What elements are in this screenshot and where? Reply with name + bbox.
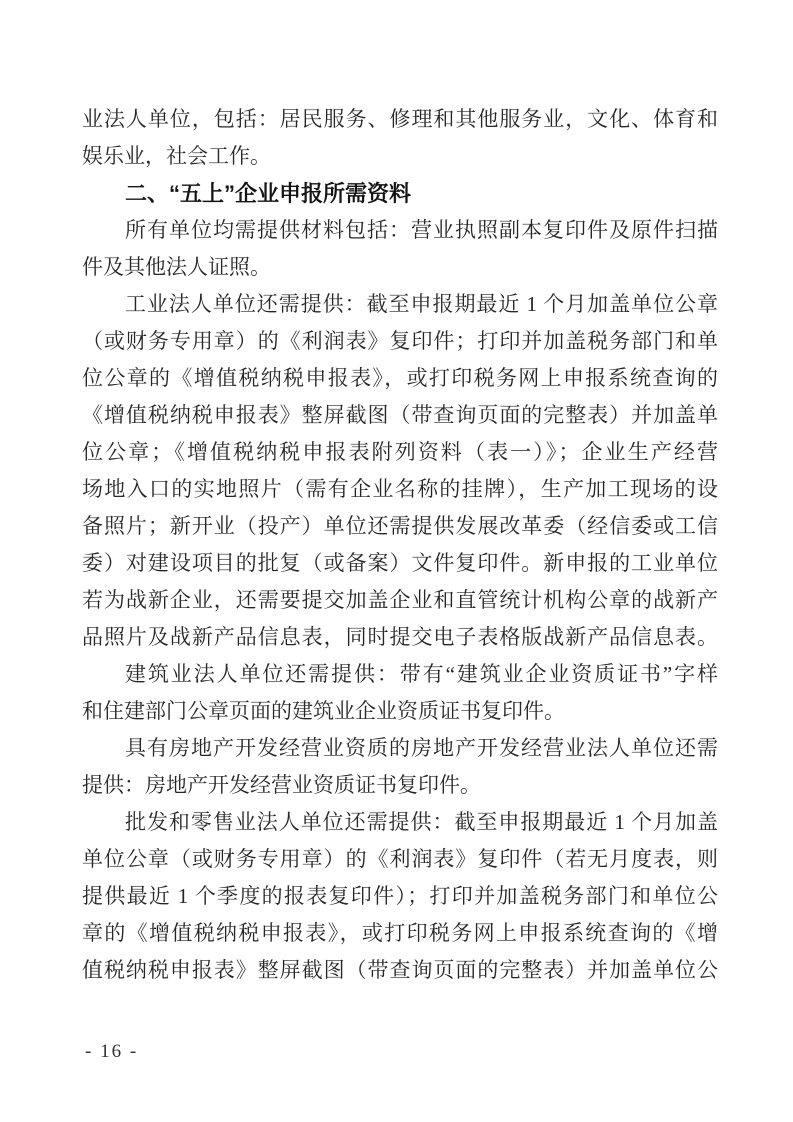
text-line: 单位公章（或财务专用章）的《利润表》复印件（若无月度表，则 [82, 841, 718, 878]
text-line: 值税纳税申报表》整屏截图（带查询页面的完整表）并加盖单位公 [82, 952, 718, 989]
text-line: 提供最近 1 个季度的报表复印件）；打印并加盖税务部门和单位公 [82, 878, 718, 915]
text-line: 位公章的《增值税纳税申报表》，或打印税务网上申报系统查询的 [82, 360, 718, 397]
text-line: 提供：房地产开发经营业资质证书复印件。 [82, 767, 718, 804]
text-line: 批发和零售业法人单位还需提供：截至申报期最近 1 个月加盖 [82, 804, 718, 841]
document-text-block: 业法人单位，包括：居民服务、修理和其他服务业，文化、体育和娱乐业，社会工作。二、… [82, 101, 718, 989]
document-page: 业法人单位，包括：居民服务、修理和其他服务业，文化、体育和娱乐业，社会工作。二、… [0, 0, 793, 1122]
text-line: （或财务专用章）的《利润表》复印件；打印并加盖税务部门和单 [82, 323, 718, 360]
text-line: 件及其他法人证照。 [82, 249, 718, 286]
text-line: 品照片及战新产品信息表，同时提交电子表格版战新产品信息表。 [82, 619, 718, 656]
text-line: 业法人单位，包括：居民服务、修理和其他服务业，文化、体育和 [82, 101, 718, 138]
text-line: 备照片；新开业（投产）单位还需提供发展改革委（经信委或工信 [82, 508, 718, 545]
text-line: 若为战新企业，还需要提交加盖企业和直管统计机构公章的战新产 [82, 582, 718, 619]
text-line: 位公章；《增值税纳税申报表附列资料（表一）》；企业生产经营 [82, 434, 718, 471]
text-line: 娱乐业，社会工作。 [82, 138, 718, 175]
text-line: 具有房地产开发经营业资质的房地产开发经营业法人单位还需 [82, 730, 718, 767]
section-heading: 二、“五上”企业申报所需资料 [82, 175, 718, 212]
text-line: 章的《增值税纳税申报表》，或打印税务网上申报系统查询的《增 [82, 915, 718, 952]
page-number: - 16 - [85, 1040, 138, 1064]
text-line: 《增值税纳税申报表》整屏截图（带查询页面的完整表）并加盖单 [82, 397, 718, 434]
text-line: 和住建部门公章页面的建筑业企业资质证书复印件。 [82, 693, 718, 730]
text-line: 建筑业法人单位还需提供：带有“建筑业企业资质证书”字样 [82, 656, 718, 693]
text-line: 所有单位均需提供材料包括：营业执照副本复印件及原件扫描 [82, 212, 718, 249]
text-line: 工业法人单位还需提供：截至申报期最近 1 个月加盖单位公章 [82, 286, 718, 323]
text-line: 委）对建设项目的批复（或备案）文件复印件。新申报的工业单位 [82, 545, 718, 582]
text-line: 场地入口的实地照片（需有企业名称的挂牌），生产加工现场的设 [82, 471, 718, 508]
